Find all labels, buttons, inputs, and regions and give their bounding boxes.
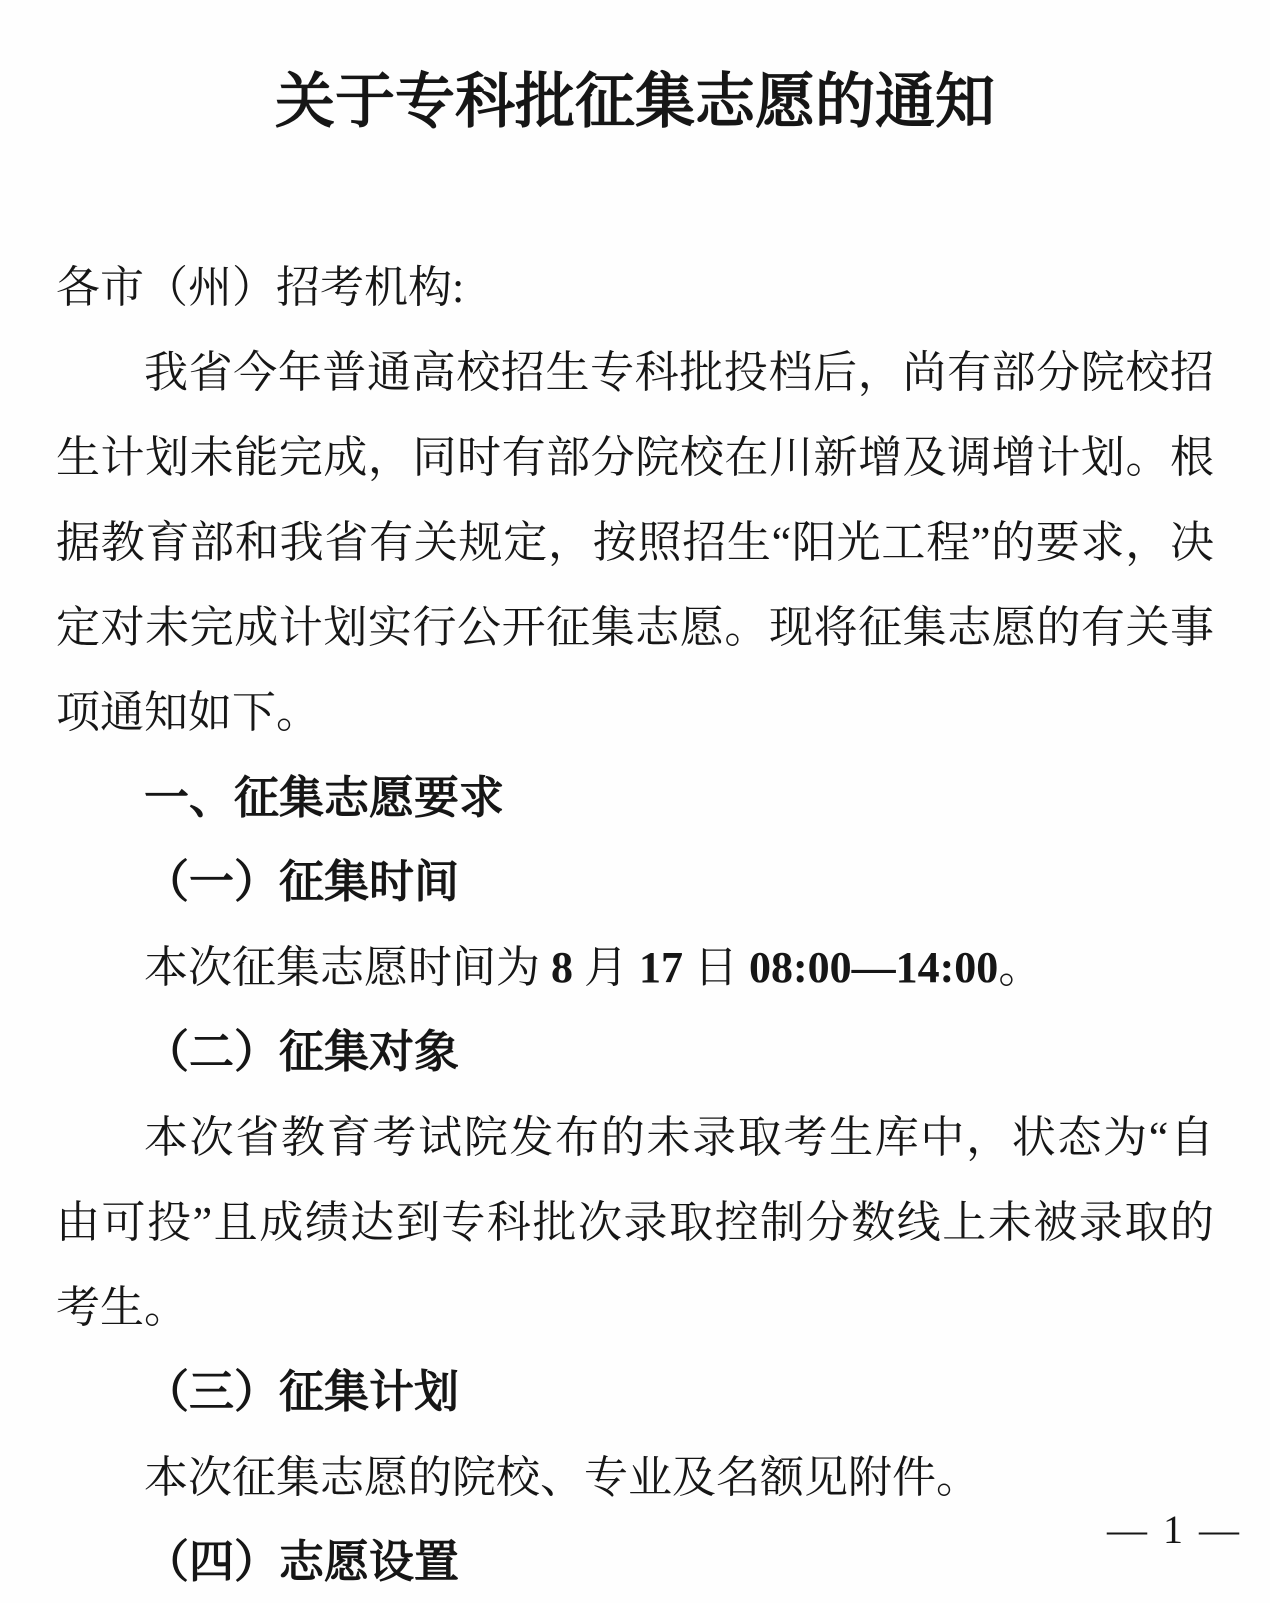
subheading-volunteer-settings: （四）志愿设置 <box>56 1520 1214 1603</box>
salutation-line: 各市（州）招考机构: <box>56 245 1214 330</box>
subheading-collection-plan: （三）征集计划 <box>56 1350 1214 1435</box>
section-heading-collection-requirements: 一、征集志愿要求 <box>56 755 1214 840</box>
subheading-collection-time: （一）征集时间 <box>56 840 1214 925</box>
collection-target-paragraph: 本次省教育考试院发布的未录取考生库中，状态为“自由可投”且成绩达到专科批次录取控… <box>56 1095 1214 1350</box>
collection-day-label: 日 <box>683 943 749 992</box>
collection-time-period: 。 <box>998 943 1042 992</box>
collection-time-range: 08:00—14:00 <box>749 943 998 992</box>
page-number: — 1 — <box>1107 1506 1242 1553</box>
collection-plan-line: 本次征集志愿的院校、专业及名额见附件。 <box>56 1435 1214 1520</box>
subheading-collection-target: （二）征集对象 <box>56 1010 1214 1095</box>
intro-paragraph: 我省今年普通高校招生专科批投档后，尚有部分院校招生计划未能完成，同时有部分院校在… <box>56 330 1214 755</box>
document-content: 关于专科批征集志愿的通知 各市（州）招考机构: 我省今年普通高校招生专科批投档后… <box>0 0 1270 1603</box>
collection-month-label: 月 <box>573 943 639 992</box>
collection-time-line: 本次征集志愿时间为 8 月 17 日 08:00—14:00。 <box>56 925 1214 1010</box>
document-title: 关于专科批征集志愿的通知 <box>56 0 1214 148</box>
collection-day-number: 17 <box>639 943 683 992</box>
collection-time-prefix: 本次征集志愿时间为 <box>144 943 551 992</box>
document-page: 关于专科批征集志愿的通知 各市（州）招考机构: 我省今年普通高校招生专科批投档后… <box>0 0 1270 1603</box>
collection-month-number: 8 <box>551 943 573 992</box>
